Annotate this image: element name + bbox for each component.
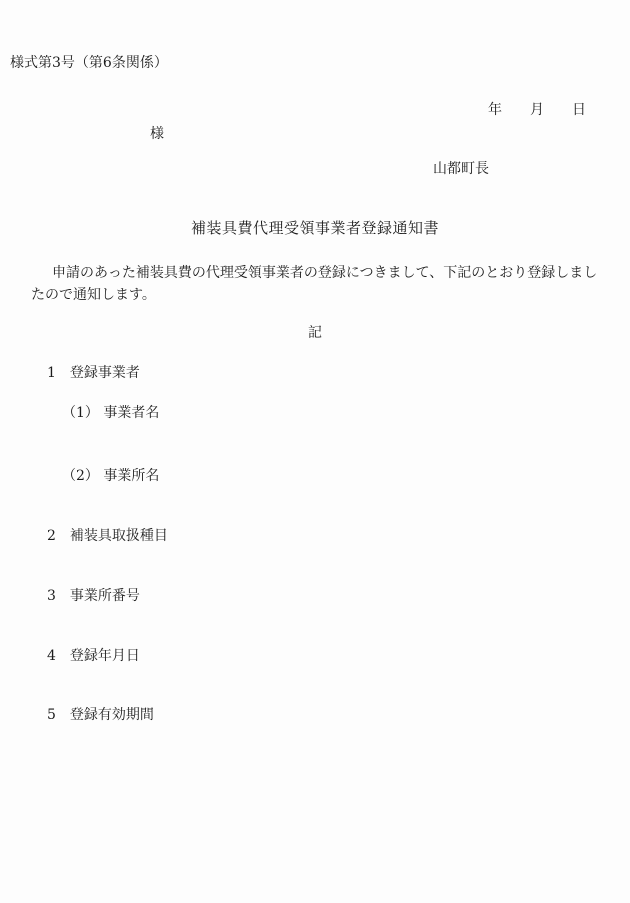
body-paragraph-line-2: たので通知します。 xyxy=(31,285,597,307)
list-item-1-registered-business: 1 登録事業者 xyxy=(47,362,140,382)
sender-title: 山都町長 xyxy=(433,158,489,178)
document-title: 補装具費代理受領事業者登録通知書 xyxy=(0,217,630,238)
date-line: 年 月 日 xyxy=(488,99,586,119)
document-page: 様式第3号（第6条関係） 年 月 日 様 山都町長 補装具費代理受領事業者登録通… xyxy=(0,0,630,903)
list-item-5-registration-validity-period: 5 登録有効期間 xyxy=(47,704,154,724)
sub-item-2-office-name: （2） 事業所名 xyxy=(62,465,159,485)
sub-item-1-business-name: （1） 事業者名 xyxy=(62,402,159,422)
list-item-2-prosthetic-device-categories: 2 補装具取扱種目 xyxy=(47,525,168,545)
record-marker: 記 xyxy=(0,322,630,342)
body-paragraph-line-1: 申請のあった補装具費の代理受領事業者の登録につきまして、下記のとおり登録しまし xyxy=(31,263,597,285)
list-item-4-registration-date: 4 登録年月日 xyxy=(47,645,140,665)
form-number: 様式第3号（第6条関係） xyxy=(10,52,168,72)
body-paragraph: 申請のあった補装具費の代理受領事業者の登録につきまして、下記のとおり登録しまし … xyxy=(31,263,597,306)
list-item-3-office-number: 3 事業所番号 xyxy=(47,585,140,605)
addressee-honorific: 様 xyxy=(150,123,164,143)
